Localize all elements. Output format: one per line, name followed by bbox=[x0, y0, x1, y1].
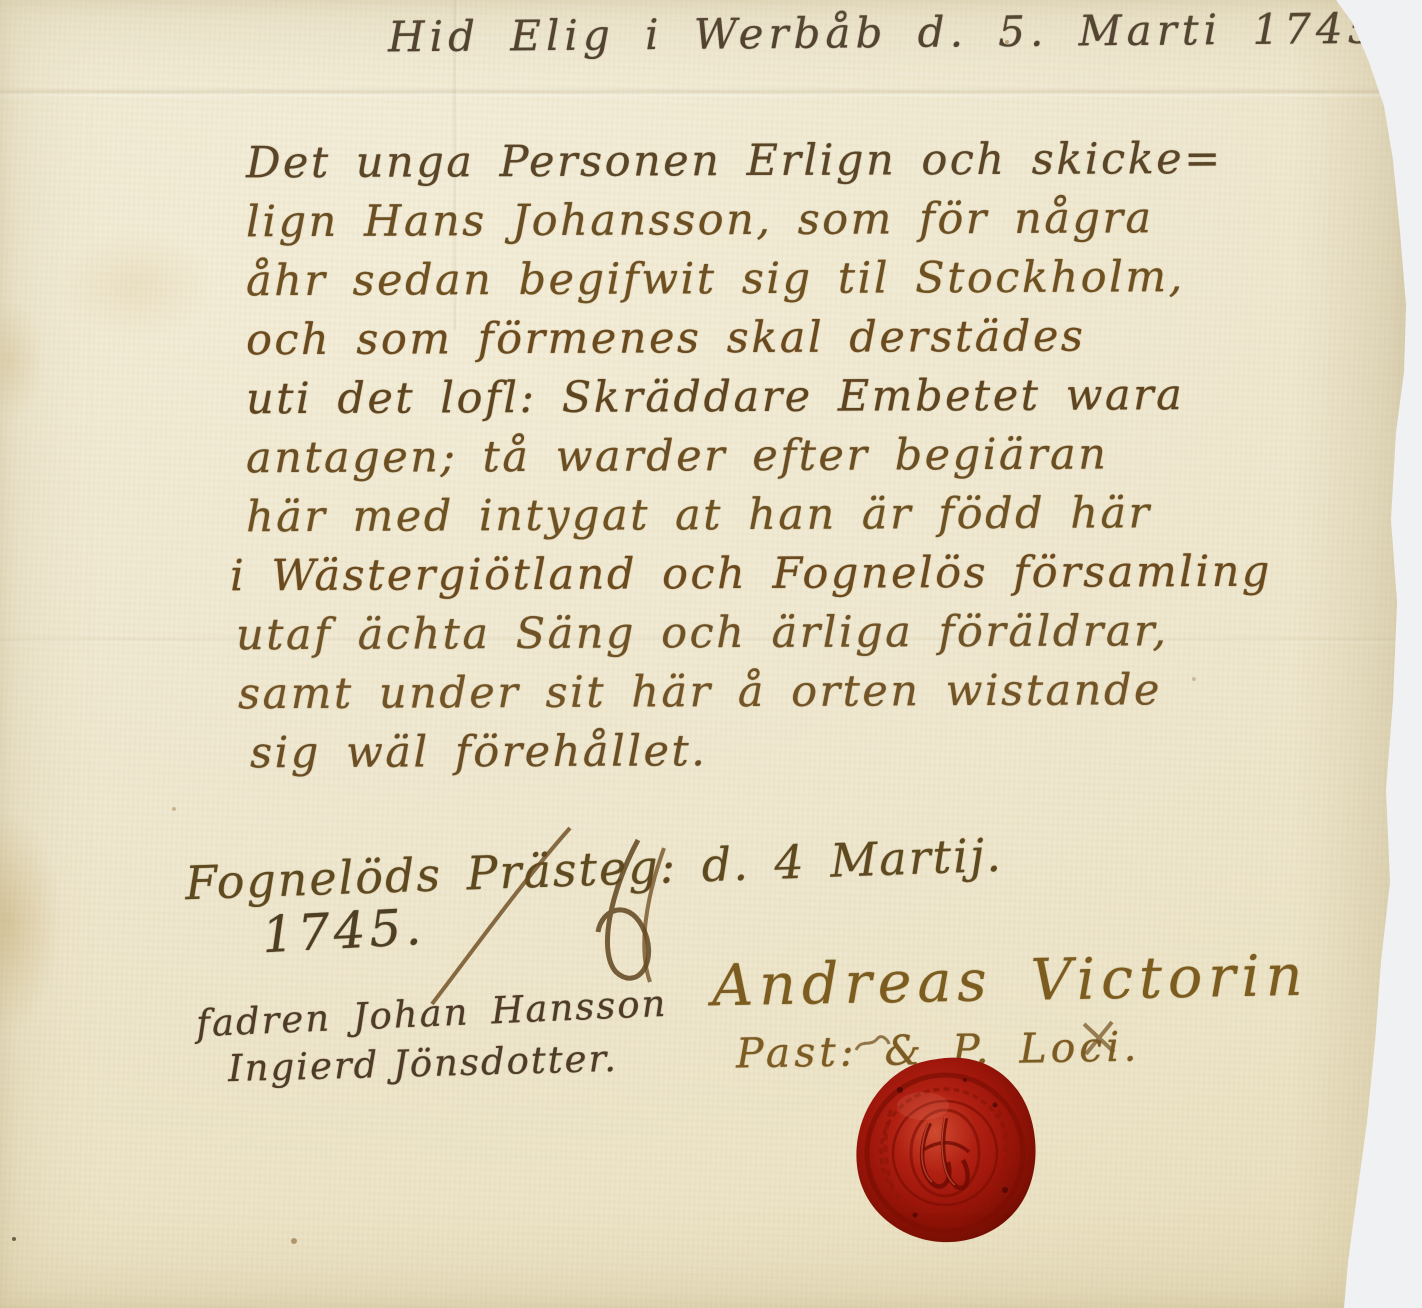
ink-specks bbox=[12, 1237, 16, 1241]
body-line: här med intygat at han är född här bbox=[246, 484, 1272, 547]
pen-flourish-icon bbox=[402, 822, 732, 1012]
body-line: lign Hans Johansson, som för några bbox=[246, 189, 1272, 252]
body-line: utaf ächta Säng och ärliga föräldrar, bbox=[236, 602, 1272, 666]
father-note-line-2: Ingierd Jönsdotter. bbox=[228, 1037, 619, 1090]
scan-background: Hid Elig i Werbåb d. 5. Marti 1745. Det … bbox=[0, 0, 1422, 1308]
body-line: uti det lofl: Skräddare Embetet wara bbox=[246, 366, 1272, 429]
fold-crease-top bbox=[0, 88, 1400, 98]
stain-mid-left bbox=[0, 300, 45, 420]
body-line: och som förmenes skal derstädes bbox=[246, 307, 1272, 370]
paper: Hid Elig i Werbåb d. 5. Marti 1745. Det … bbox=[0, 0, 1422, 1308]
body-line: antagen; tå warder efter begiäran bbox=[246, 425, 1272, 488]
body-line: i Wästergiötland och Fognelös församling bbox=[230, 543, 1272, 607]
body-text: Det unga Personen Erlign och skicke= lig… bbox=[246, 132, 1272, 781]
body-line: sig wäl förehållet. bbox=[250, 720, 1272, 783]
paper-edge-shade bbox=[1292, 0, 1422, 1308]
body-line: samt under sit här å orten wistande bbox=[238, 661, 1272, 725]
stain-left-edge bbox=[0, 812, 62, 1032]
ink-mark-icon bbox=[1078, 1018, 1122, 1058]
body-line: Det unga Personen Erlign och skicke= bbox=[246, 130, 1272, 193]
father-note-line-1: fadren Johan Hansson bbox=[195, 982, 668, 1046]
header-line: Hid Elig i Werbåb d. 5. Marti 1745. bbox=[388, 4, 1398, 62]
wax-seal-icon bbox=[845, 1050, 1045, 1250]
signature-name: Andreas Victorin bbox=[711, 943, 1308, 1019]
stain-top-left bbox=[60, 230, 210, 340]
body-line: åhr sedan begifwit sig til Stockholm, bbox=[246, 248, 1272, 311]
